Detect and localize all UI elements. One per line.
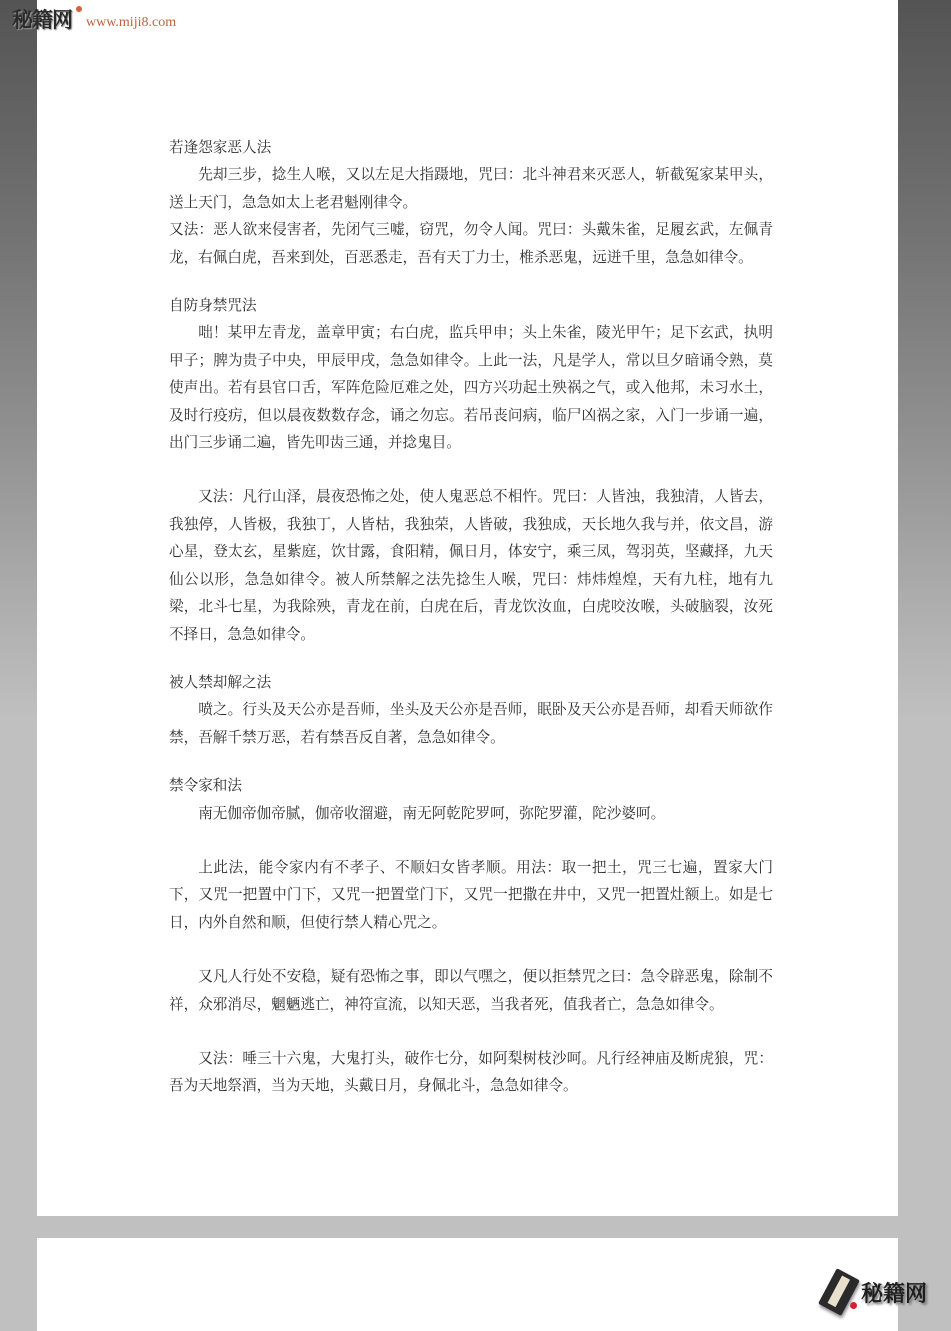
seal-icon xyxy=(850,1302,857,1309)
paragraph: 南无伽帝伽帝腻，伽帝收溜避，南无阿乾陀罗呵，弥陀罗灌，陀沙婆呵。 xyxy=(169,800,773,827)
watermark-url: www.miji8.com xyxy=(86,15,176,34)
spacer xyxy=(169,936,773,963)
seal-icon xyxy=(76,6,82,12)
paragraph: 上此法，能令家内有不孝子、不顺妇女皆孝顺。用法：取一把土，咒三七遍，置家大门下，… xyxy=(169,854,773,936)
paragraph: 又法：凡行山泽，晨夜恐怖之处，使人鬼恶总不相忤。咒曰：人皆浊，我独清，人皆去，我… xyxy=(169,483,773,647)
paragraph: 喷之。行头及天公亦是吾师，坐头及天公亦是吾师，眠卧及天公亦是吾师，却看天师欲作禁… xyxy=(169,696,773,751)
watermark-site-name: 秘籍网 xyxy=(12,4,72,34)
document-content: 若逢怨家恶人法 先却三步，捻生人喉，又以左足大指蹑地，咒曰：北斗神君来灭恶人，斩… xyxy=(169,134,773,1100)
spacer xyxy=(169,1018,773,1045)
spacer xyxy=(169,827,773,854)
paragraph: 又凡人行处不安稳，疑有恐怖之事，即以气嘿之，便以拒禁咒之曰：急令辟恶鬼，除制不祥… xyxy=(169,963,773,1018)
site-watermark: 秘籍网 www.miji8.com xyxy=(12,4,176,34)
section-title: 自防身禁咒法 xyxy=(169,292,773,319)
footer-logo: 秘籍网 xyxy=(826,1272,927,1312)
spacer xyxy=(169,456,773,483)
paragraph: 先却三步，捻生人喉，又以左足大指蹑地，咒曰：北斗神君来灭恶人，斩截冤家某甲头，送… xyxy=(169,161,773,216)
paragraph: 咄！某甲左青龙，盖章甲寅；右白虎，监兵甲申；头上朱雀，陵光甲午；足下玄武，执明甲… xyxy=(169,319,773,456)
section-title: 被人禁却解之法 xyxy=(169,669,773,696)
footer-site-name: 秘籍网 xyxy=(861,1277,927,1308)
section-title: 若逢怨家恶人法 xyxy=(169,134,773,161)
spacer xyxy=(169,648,773,669)
section-title: 禁令家和法 xyxy=(169,772,773,799)
paragraph: 又法：唾三十六鬼，大鬼打头，破作七分，如阿梨树枝沙呵。凡行经神庙及断虎狼，咒：吾… xyxy=(169,1045,773,1100)
paragraph: 又法：恶人欲来侵害者，先闭气三嘘，窃咒，勿令人闻。咒曰：头戴朱雀，足履玄武，左佩… xyxy=(169,216,773,271)
spacer xyxy=(169,271,773,292)
document-page-2 xyxy=(37,1238,898,1331)
spacer xyxy=(169,751,773,772)
